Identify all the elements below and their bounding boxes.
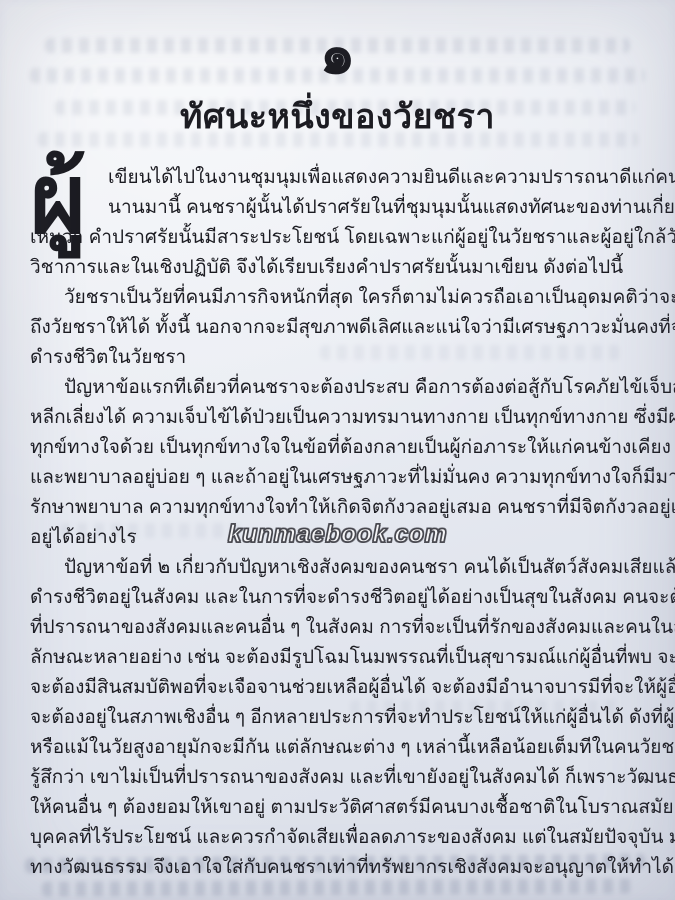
body-line: หลีกเลี่ยงได้ ความเจ็บไข้ได้ป่วยเป็นความ… xyxy=(30,403,649,433)
body-line: วัยชราเป็นวัยที่คนมีภารกิจหนักที่สุด ใคร… xyxy=(30,283,649,313)
body-line: จะต้องมีสินสมบัติพอที่จะเจือจานช่วยเหลือ… xyxy=(30,673,649,703)
body-line: นานมานี้ คนชราผู้นั้นได้ปราศรัยในที่ชุมน… xyxy=(30,193,649,223)
drop-cap: ผู้ xyxy=(30,163,102,221)
body-line: และพยาบาลอยู่บ่อย ๆ และถ้าอยู่ในเศรษฐภาว… xyxy=(30,463,649,493)
body-line: จะต้องอยู่ในสภาพเชิงอื่น ๆ อีกหลายประการ… xyxy=(30,703,649,733)
body-line: ดำรงชีวิตอยู่ในสังคม และในการที่จะดำรงชี… xyxy=(30,583,649,613)
body-line: วิชาการและในเชิงปฏิบัติ จึงได้เรียบเรียง… xyxy=(30,253,649,283)
body-line: ทุกข์ทางใจด้วย เป็นทุกข์ทางใจในข้อที่ต้อ… xyxy=(30,433,649,463)
body-line: รู้สึกว่า เขาไม่เป็นที่ปรารถนาของสังคม แ… xyxy=(30,763,649,793)
book-page-photo: ๑ ทัศนะหนึ่งของวัยชรา ผู้ เขียนได้ไปในงา… xyxy=(0,0,675,900)
body-line: ลักษณะหลายอย่าง เช่น จะต้องมีรูปโฉมโนมพร… xyxy=(30,643,649,673)
body-line: ที่ปรารถนาของสังคมและคนอื่น ๆ ในสังคม กา… xyxy=(30,613,649,643)
watermark: kunmaebook.com xyxy=(0,520,675,549)
body-line: รักษาพยาบาล ความทุกข์ทางใจทำให้เกิดจิตกั… xyxy=(30,493,649,523)
body-line: เห็นว่า คำปราศรัยนั้นมีสาระประโยชน์ โดยเ… xyxy=(30,223,649,253)
page-title: ทัศนะหนึ่งของวัยชรา xyxy=(0,92,675,142)
body-line: ปัญหาข้อแรกทีเดียวที่คนชราจะต้องประสบ คื… xyxy=(30,373,649,403)
body-line: ถึงวัยชราให้ได้ ทั้งนี้ นอกจากจะมีสุขภาพ… xyxy=(30,313,649,343)
body-line: หรือแม้ในวัยสูงอายุมักจะมีกัน แต่ลักษณะต… xyxy=(30,733,649,763)
body-line: ให้คนอื่น ๆ ต้องยอมให้เขาอยู่ ตามประวัติ… xyxy=(30,793,649,823)
body-line: ทางวัฒนธรรม จึงเอาใจใส่กับคนชราเท่าที่ทร… xyxy=(30,853,649,883)
body-line: ปัญหาข้อที่ ๒ เกี่ยวกับปัญหาเชิงสังคมของ… xyxy=(30,553,649,583)
body-line: บุคคลที่ไร้ประโยชน์ และควรกำจัดเสียเพื่อ… xyxy=(30,823,649,853)
chapter-number: ๑ xyxy=(0,22,675,86)
body-line: ดำรงชีวิตในวัยชรา xyxy=(30,343,649,373)
body-line: เขียนได้ไปในงานชุมนุมเพื่อแสดงความยินดีแ… xyxy=(30,163,649,193)
